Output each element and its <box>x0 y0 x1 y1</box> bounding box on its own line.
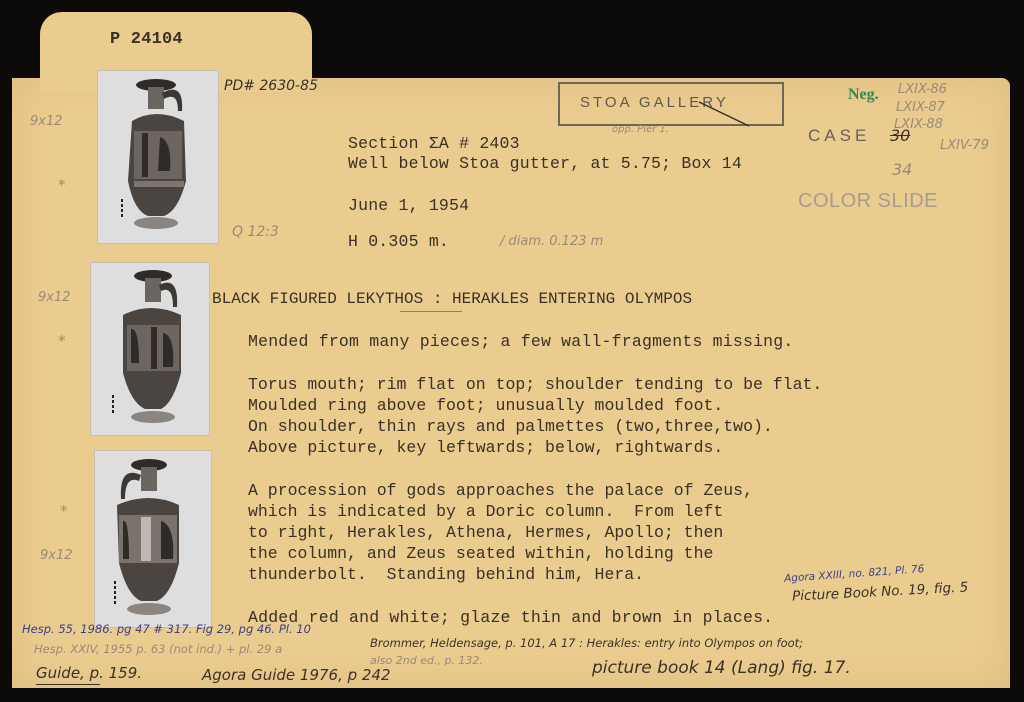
pd-number: PD# 2630-85 <box>224 78 318 94</box>
guide-underline <box>36 684 100 685</box>
photo-2-size-note: 9x12 <box>38 290 71 305</box>
neg-number-1: LXIX-86 <box>898 82 947 97</box>
lekythos-image-icon <box>91 263 209 435</box>
photo-3-star: * <box>60 502 68 520</box>
shape-line: Moulded ring above foot; unusually mould… <box>248 395 822 416</box>
shape-description: Torus mouth; rim flat on top; shoulder t… <box>248 374 822 458</box>
lekythos-image-icon <box>95 451 211 627</box>
shape-line: Torus mouth; rim flat on top; shoulder t… <box>248 374 822 395</box>
bib-agora-guide: Agora Guide 1976, p 242 <box>202 666 391 684</box>
technique-text: Added red and white; glaze thin and brow… <box>248 608 773 627</box>
bib-hesperia-55: Hesp. 55, 1986. pg 47 # 317. Fig 29, pg … <box>22 622 311 636</box>
bib-brommer-2nd-ed: also 2nd ed., p. 132. <box>370 654 483 667</box>
bib-picture-book-14: picture book 14 (Lang) fig. 17. <box>592 658 851 678</box>
grid-reference: Q 12:3 <box>232 224 279 240</box>
scene-line: thunderbolt. Standing behind him, Hera. <box>248 564 753 585</box>
neg-number-4: LXIV-79 <box>940 138 989 153</box>
color-slide-stamp: COLOR SLIDE <box>798 190 938 213</box>
bib-hesperia-xxiv: Hesp. XXIV, 1955 p. 63 (not ind.) + pl. … <box>34 642 282 656</box>
shape-line: Above picture, key leftwards; below, rig… <box>248 437 822 458</box>
scene-line: the column, and Zeus seated within, hold… <box>248 543 753 564</box>
object-title: BLACK FIGURED LEKYTHOS : HERAKLES ENTERI… <box>212 290 692 308</box>
inventory-number: P 24104 <box>110 30 183 49</box>
section-number: Section ΣA # 2403 <box>348 134 520 153</box>
photo-2[interactable] <box>90 262 210 436</box>
title-underline <box>400 311 462 312</box>
diameter-note: / diam. 0.123 m <box>500 234 603 249</box>
photo-2-star: * <box>58 332 66 350</box>
bib-brommer: Brommer, Heldensage, p. 101, A 17 : Hera… <box>370 636 803 650</box>
photo-1-star: * <box>58 176 66 194</box>
case-label: CASE <box>808 126 870 146</box>
find-location: Well below Stoa gutter, at 5.75; Box 14 <box>348 154 742 173</box>
find-date: June 1, 1954 <box>348 196 469 215</box>
scene-line: A procession of gods approaches the pala… <box>248 480 753 501</box>
neg-label: Neg. <box>848 86 879 104</box>
photo-1[interactable] <box>97 70 219 244</box>
case-new-number: 34 <box>892 160 912 179</box>
shape-line: On shoulder, thin rays and palmettes (tw… <box>248 416 822 437</box>
condition-text: Mended from many pieces; a few wall-frag… <box>248 332 794 351</box>
photo-1-size-note: 9x12 <box>30 114 63 129</box>
photo-3-size-note: 9x12 <box>40 548 73 563</box>
lekythos-image-icon <box>98 71 218 243</box>
scene-description: A procession of gods approaches the pala… <box>248 480 753 585</box>
strike-mark-icon <box>697 100 753 130</box>
height-measure: H 0.305 m. <box>348 232 449 251</box>
neg-number-2: LXIX-87 <box>896 100 945 115</box>
case-old-number: 30 <box>890 126 910 145</box>
bib-guide: Guide, p. 159. <box>36 664 142 682</box>
scene-line: which is indicated by a Doric column. Fr… <box>248 501 753 522</box>
photo-3[interactable] <box>94 450 212 628</box>
scene-line: to right, Herakles, Athena, Hermes, Apol… <box>248 522 753 543</box>
opp-pier-note: opp. Pier 1. <box>612 124 669 135</box>
